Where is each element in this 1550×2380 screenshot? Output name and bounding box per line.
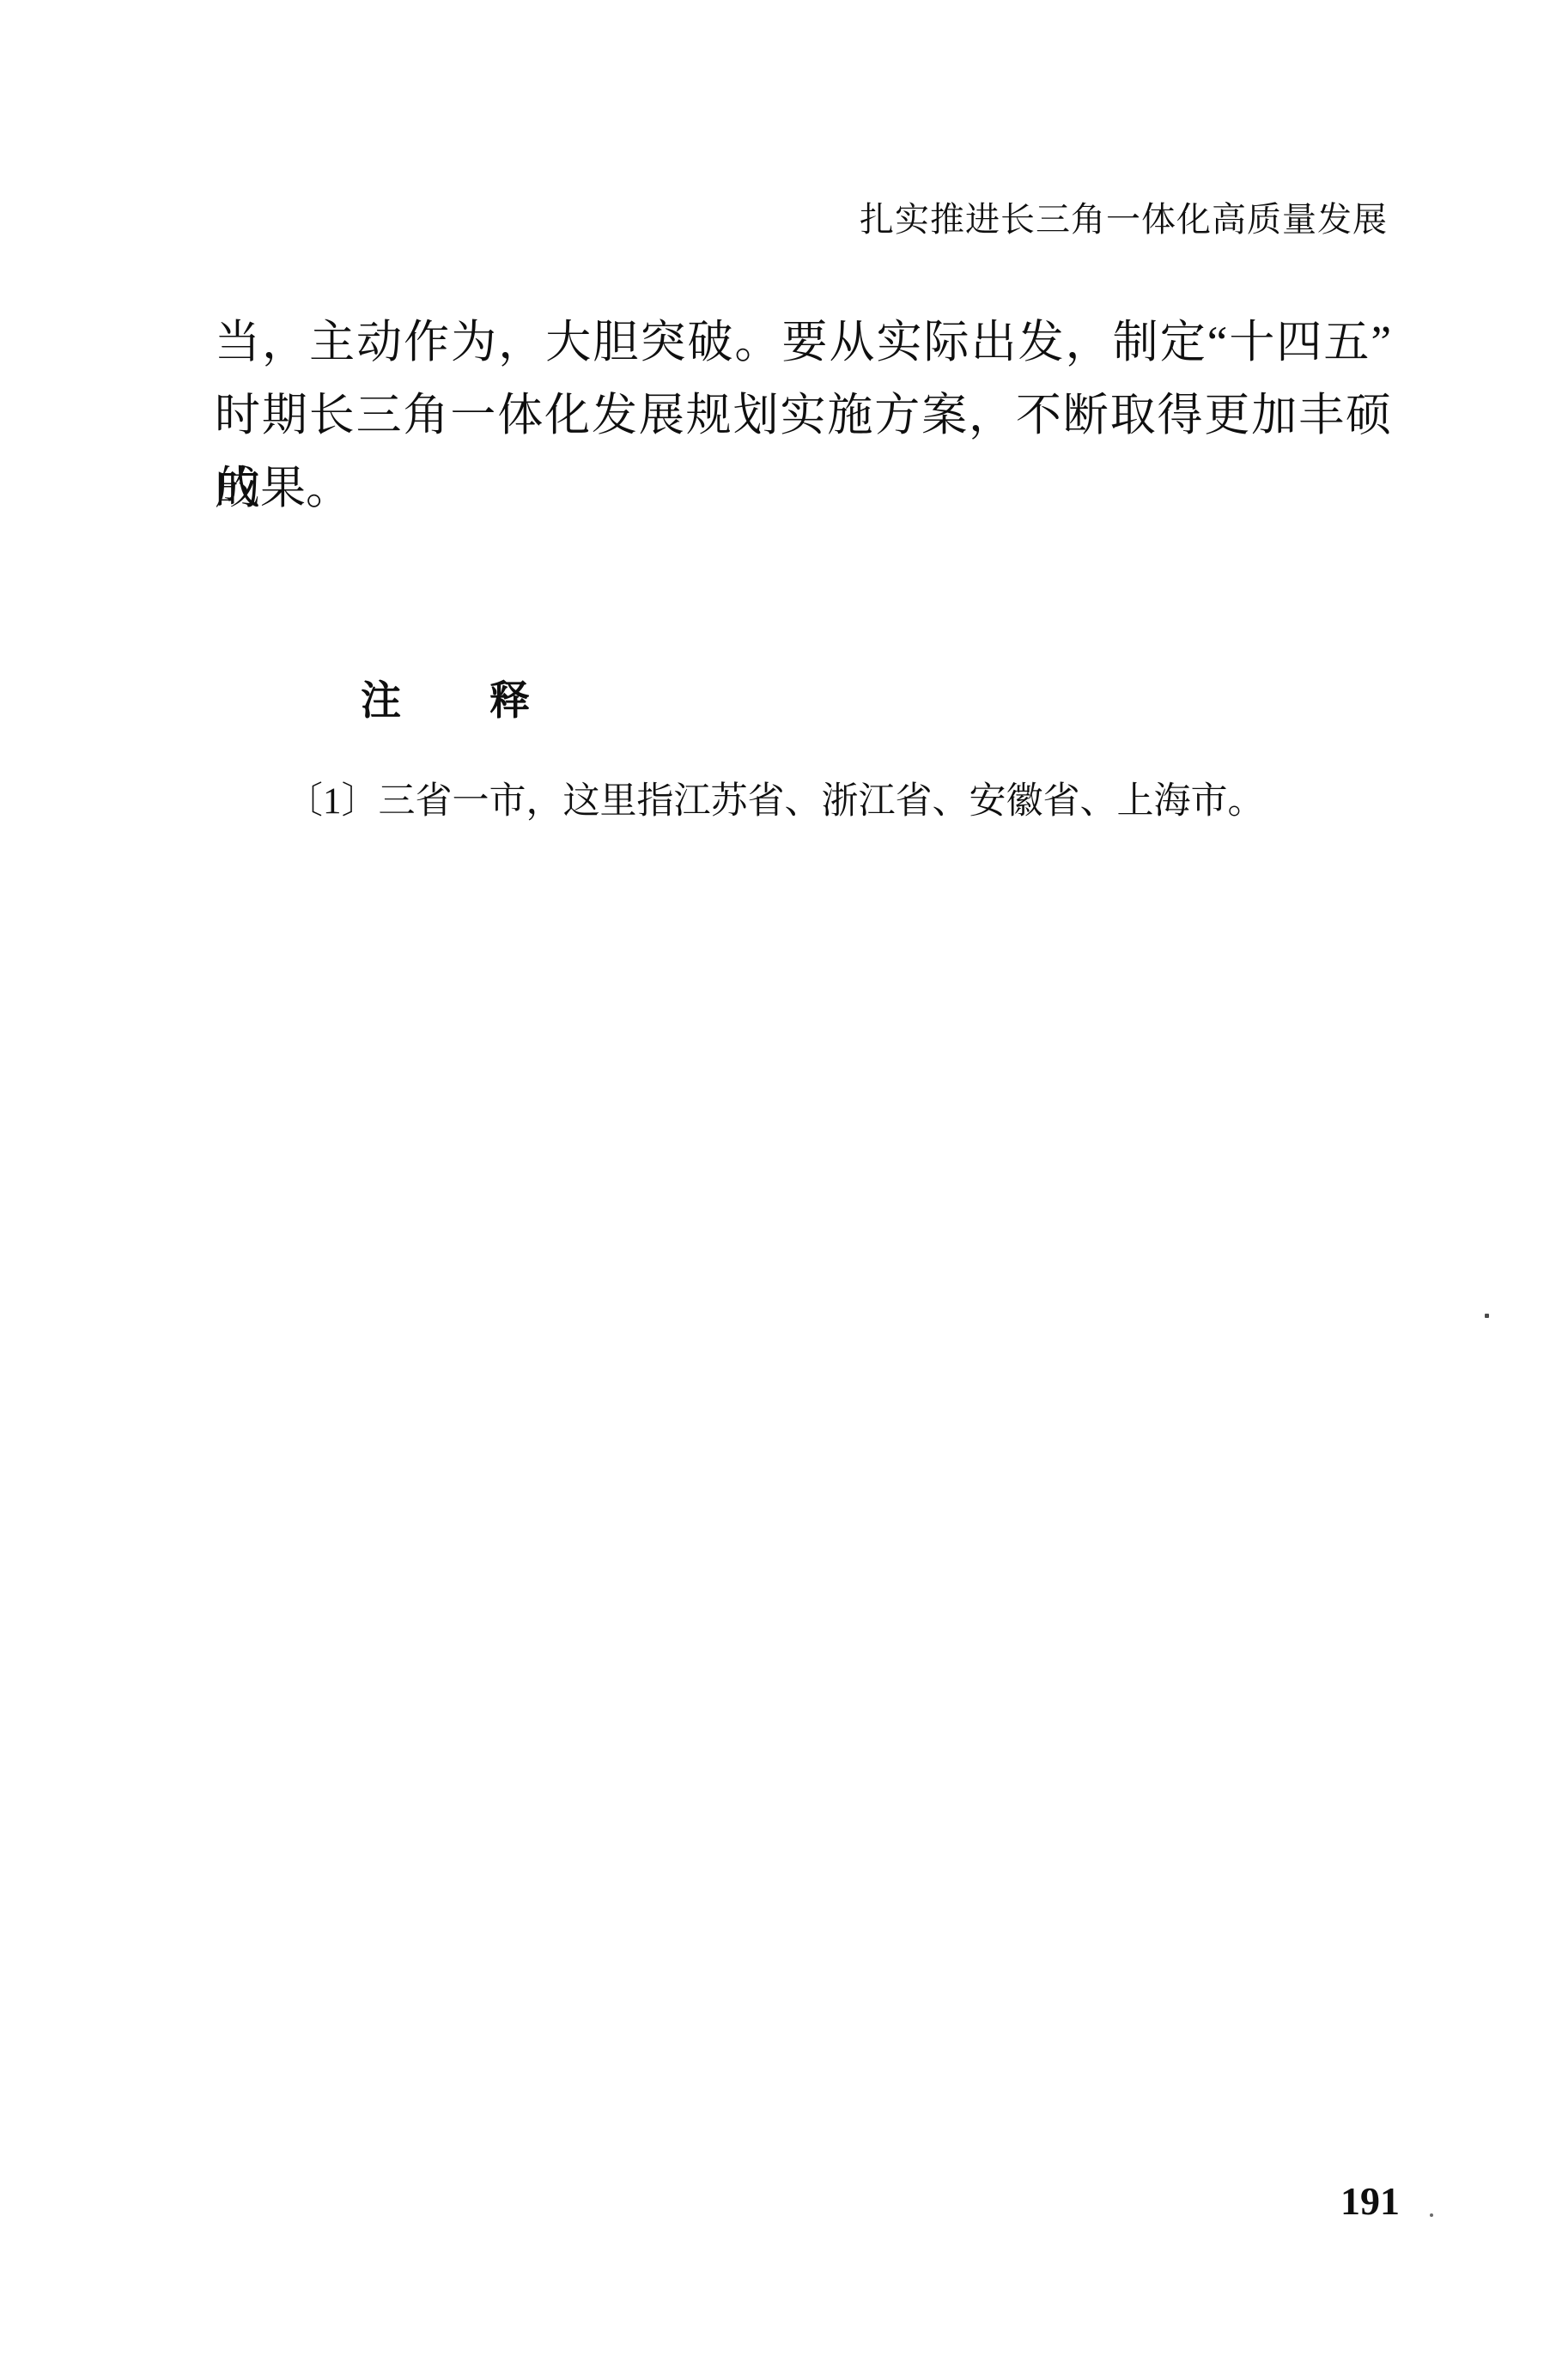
body-line-2: 时期长三角一体化发展规划实施方案，不断取得更加丰硕的	[215, 379, 1391, 452]
footnote-item: 〔1〕三省一市，这里指江苏省、浙江省、安徽省、上海市。	[286, 778, 1265, 826]
scan-speck	[1485, 1314, 1489, 1318]
notes-heading: 注 释	[361, 679, 530, 722]
body-line-3: 成果。	[215, 452, 1391, 525]
page-number: 191	[1340, 2181, 1400, 2222]
body-paragraph: 当，主动作为，大胆突破。要从实际出发，制定“十四五” 时期长三角一体化发展规划实…	[215, 307, 1391, 525]
body-line-1: 当，主动作为，大胆突破。要从实际出发，制定“十四五”	[215, 307, 1391, 379]
running-head: 扎实推进长三角一体化高质量发展	[860, 201, 1388, 239]
scan-speck	[1430, 2213, 1433, 2217]
notes-heading-char-1: 注	[361, 679, 401, 722]
notes-heading-char-2: 释	[489, 679, 530, 722]
book-page: 扎实推进长三角一体化高质量发展 当，主动作为，大胆突破。要从实际出发，制定“十四…	[0, 0, 1550, 2380]
